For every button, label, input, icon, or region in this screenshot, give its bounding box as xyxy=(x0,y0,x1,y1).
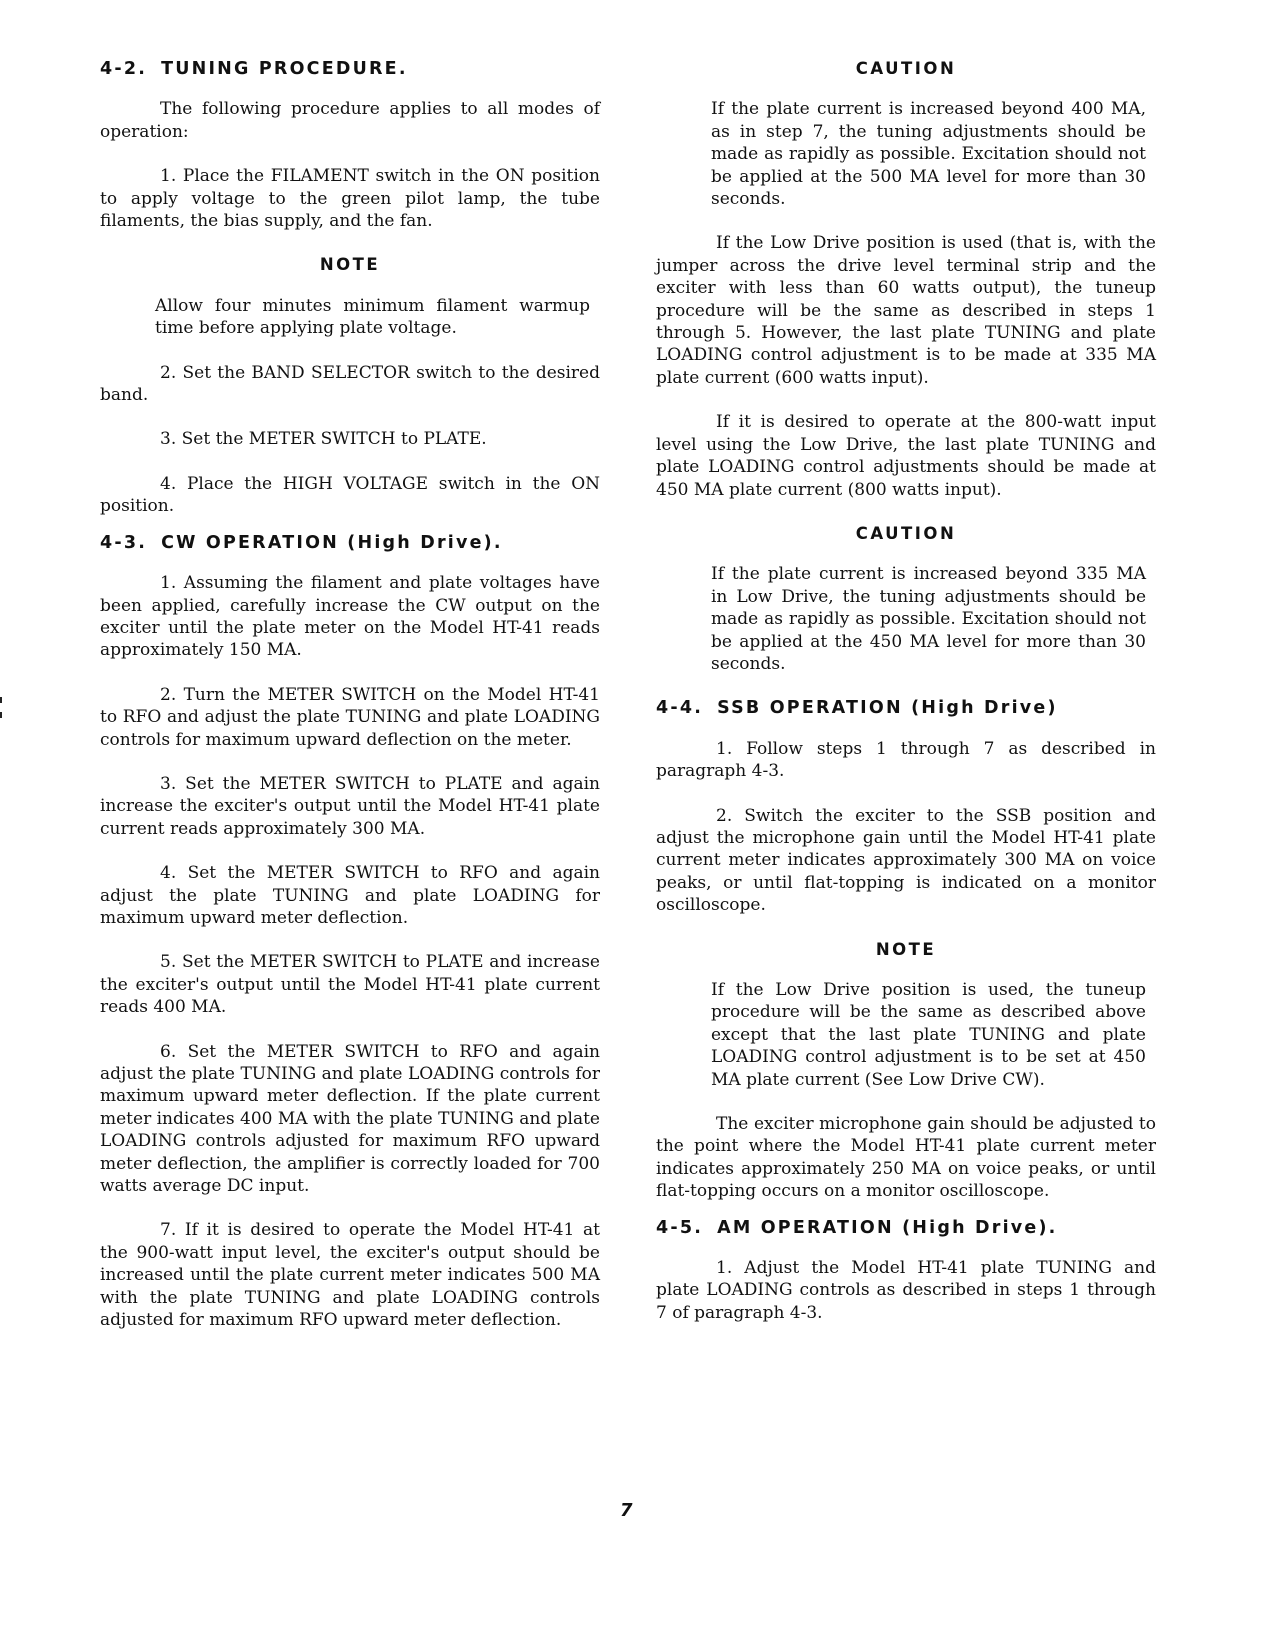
low-drive-800-paragraph: If it is desired to operate at the 800-w… xyxy=(656,411,1156,501)
section-heading-4-5: 4-5.AM OPERATION (High Drive). xyxy=(656,1217,1156,1239)
low-drive-paragraph: If the Low Drive position is used (that … xyxy=(656,232,1156,389)
note-label: NOTE xyxy=(656,939,1156,961)
note-text: If the Low Drive position is used, the t… xyxy=(711,979,1146,1091)
tuning-step-1: 1. Place the FILAMENT switch in the ON p… xyxy=(100,165,600,232)
ssb-step-1: 1. Follow steps 1 through 7 as described… xyxy=(656,738,1156,783)
cw-step: 5. Set the METER SWITCH to PLATE and inc… xyxy=(100,951,600,1018)
cw-step: 6. Set the METER SWITCH to RFO and again… xyxy=(100,1041,600,1198)
section-heading-4-4: 4-4.SSB OPERATION (High Drive) xyxy=(656,697,1156,719)
scan-mark xyxy=(0,697,2,703)
tuning-step-2: 2. Set the BAND SELECTOR switch to the d… xyxy=(100,362,600,407)
am-step-1: 1. Adjust the Model HT-41 plate TUNING a… xyxy=(656,1257,1156,1324)
cw-step: 1. Assuming the filament and plate volta… xyxy=(100,572,600,662)
left-column: 4-2.TUNING PROCEDURE. The following proc… xyxy=(100,58,600,1353)
tuning-step-3: 3. Set the METER SWITCH to PLATE. xyxy=(100,428,600,450)
note-text: Allow four minutes minimum filament warm… xyxy=(155,295,590,340)
page-number: 7 xyxy=(620,1500,633,1521)
caution-label: CAUTION xyxy=(656,523,1156,545)
note-label: NOTE xyxy=(100,254,600,276)
intro-paragraph: The following procedure applies to all m… xyxy=(100,98,600,143)
caution-text: If the plate current is increased beyond… xyxy=(711,98,1146,210)
cw-step: 4. Set the METER SWITCH to RFO and again… xyxy=(100,862,600,929)
cw-step: 7. If it is desired to operate the Model… xyxy=(100,1219,600,1331)
gain-paragraph: The exciter microphone gain should be ad… xyxy=(656,1113,1156,1203)
right-column: CAUTION If the plate current is increase… xyxy=(656,58,1156,1346)
section-heading-4-3: 4-3.CW OPERATION (High Drive). xyxy=(100,532,600,554)
cw-step: 2. Turn the METER SWITCH on the Model HT… xyxy=(100,684,600,751)
scan-mark xyxy=(0,712,2,718)
section-heading-4-2: 4-2.TUNING PROCEDURE. xyxy=(100,58,600,80)
tuning-step-4: 4. Place the HIGH VOLTAGE switch in the … xyxy=(100,473,600,518)
caution-label: CAUTION xyxy=(656,58,1156,80)
cw-step: 3. Set the METER SWITCH to PLATE and aga… xyxy=(100,773,600,840)
caution-text: If the plate current is increased beyond… xyxy=(711,563,1146,675)
ssb-step-2: 2. Switch the exciter to the SSB positio… xyxy=(656,805,1156,917)
